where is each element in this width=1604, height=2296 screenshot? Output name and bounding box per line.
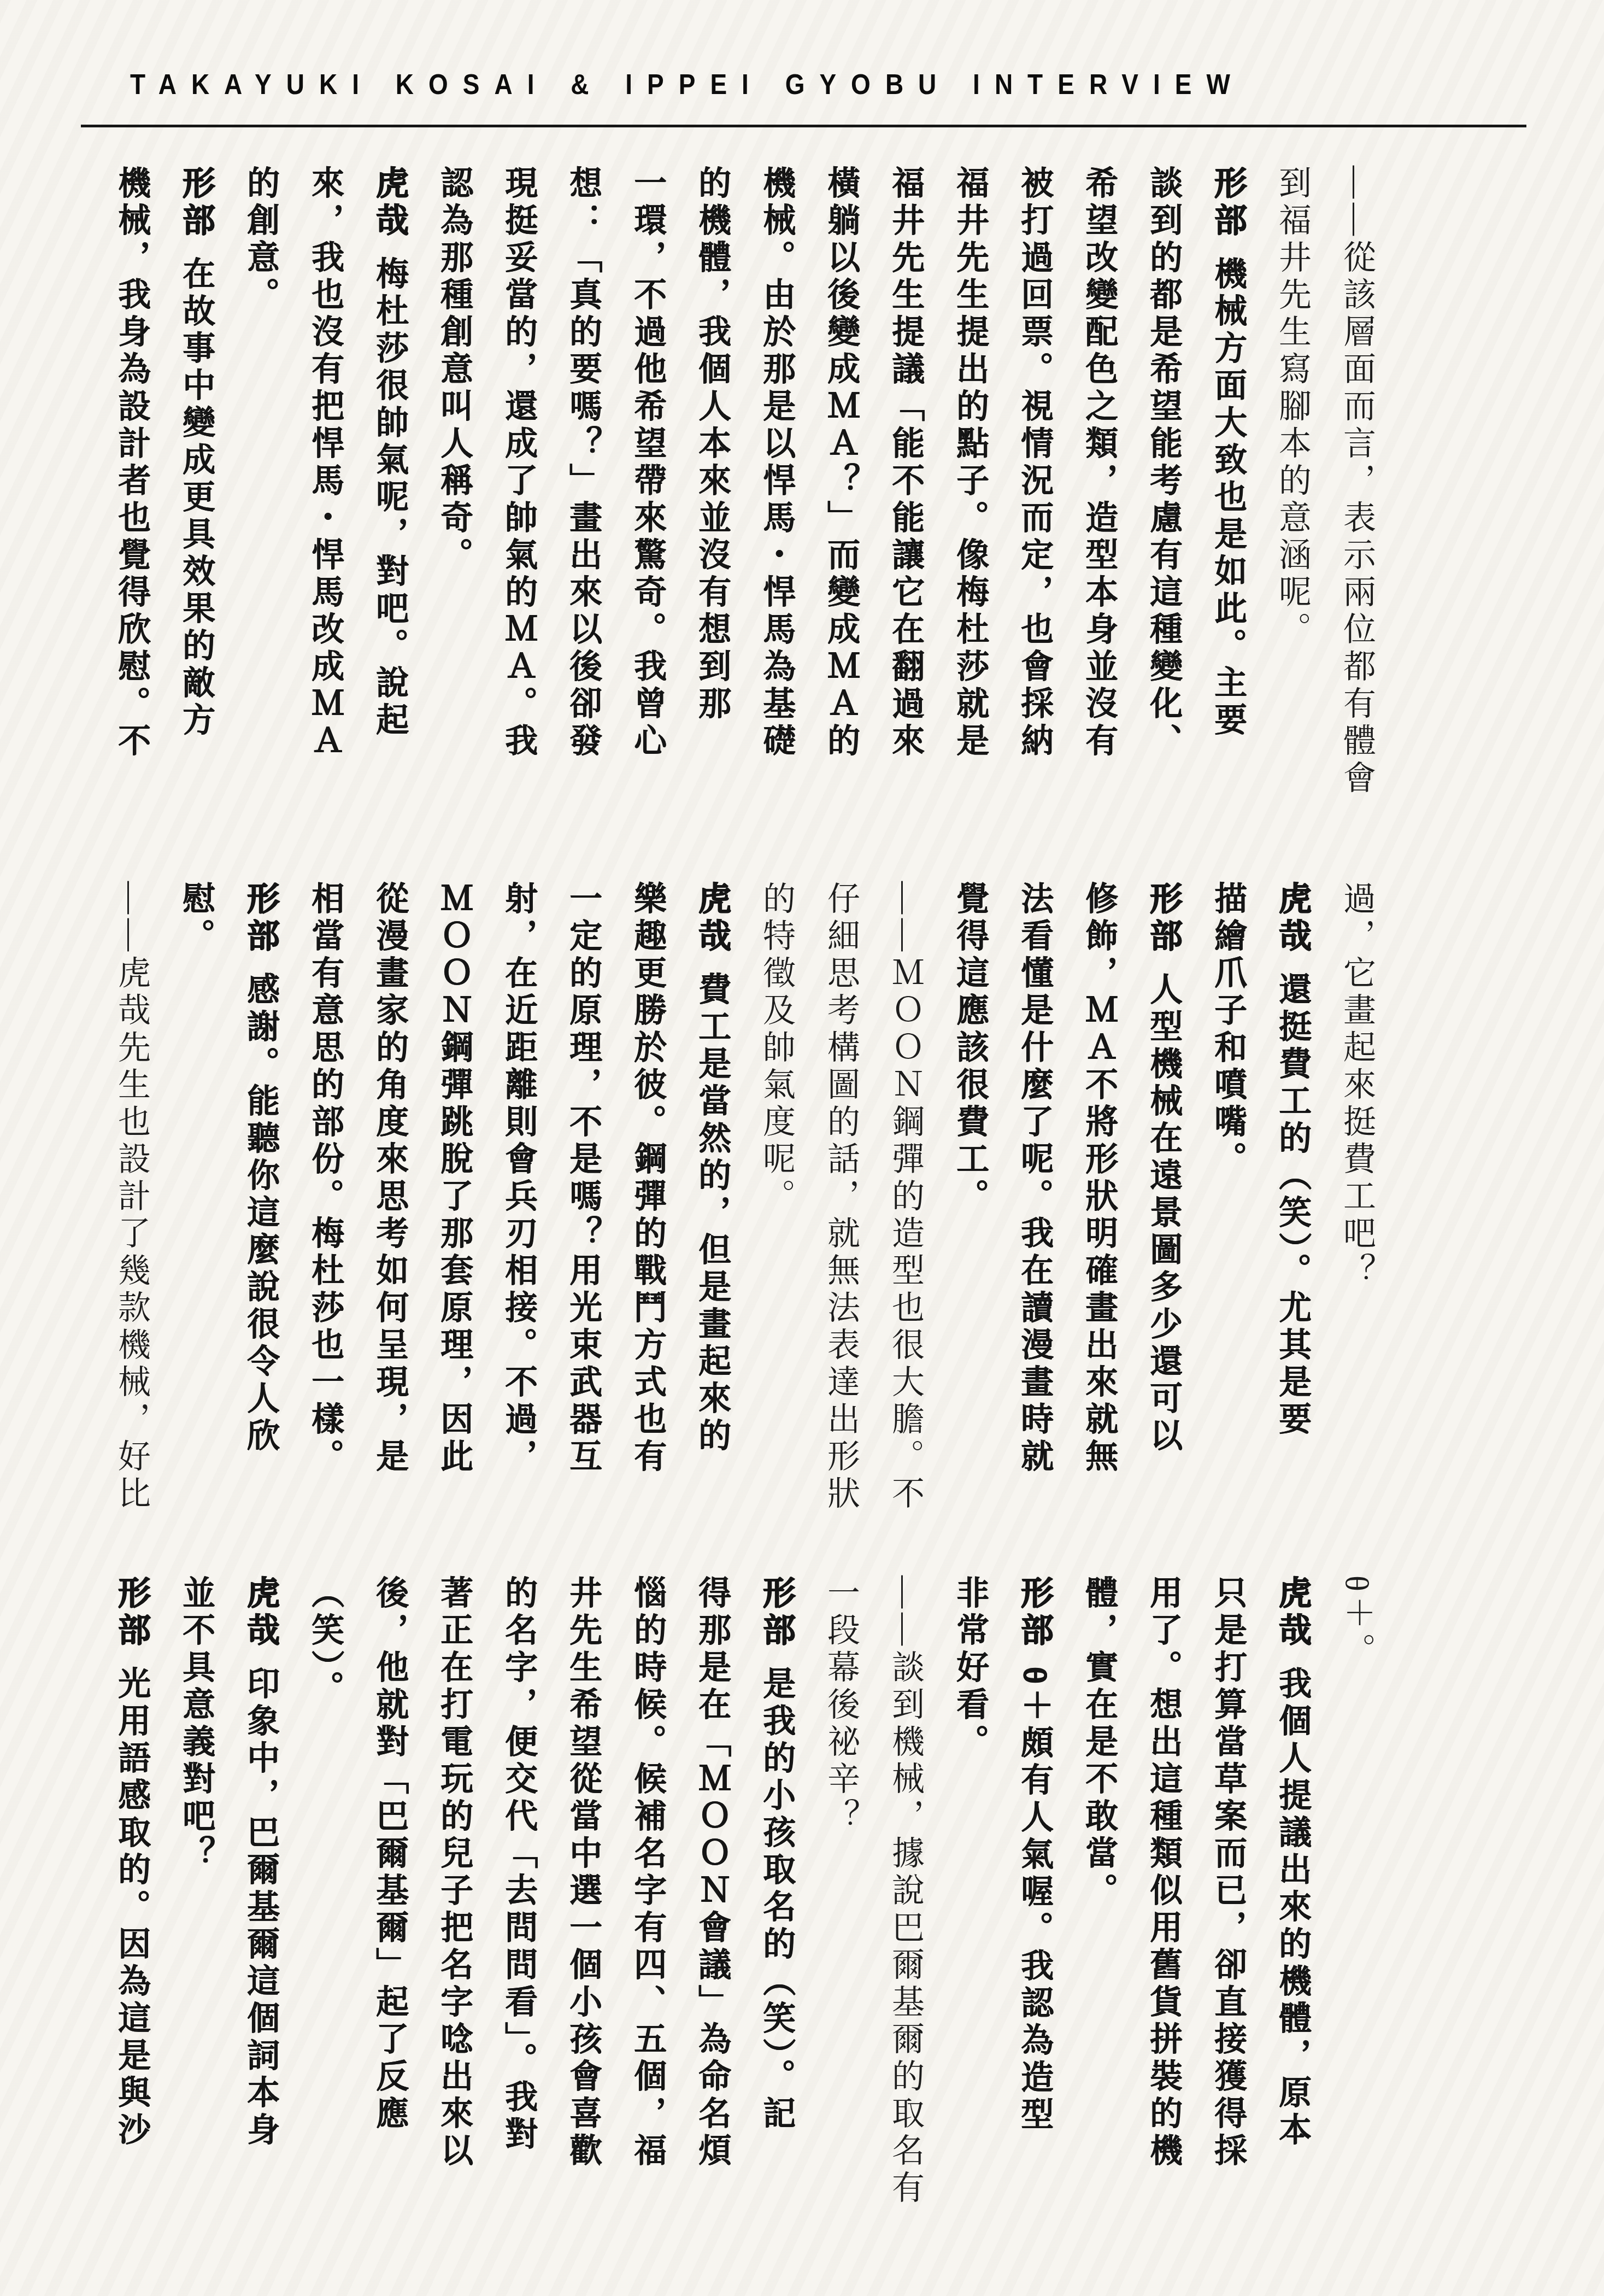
speaker-label: 形部	[178, 166, 215, 240]
answer-text-column: （笑）。	[308, 1575, 343, 2226]
answer-text-column: 得那是在「ＭＯＯＮ會議」為命名煩	[695, 1575, 730, 2226]
interviewer-text-column: ——虎哉先生也設計了幾款機械，好比	[114, 881, 149, 1532]
answer-text-column: 的機體，我個人本來並沒有想到那	[695, 166, 730, 816]
answer-text-column: 形部光用語感取的。因為這是與沙	[114, 1575, 149, 2226]
answer-text-column: 描繪爪子和噴嘴。	[1211, 881, 1245, 1532]
speaker-label: 形部	[759, 1575, 795, 1650]
column-text: 惱的時候。候補名字有四、五個，福	[630, 1575, 666, 2170]
column-text: 仔細思考構圖的話，就無法表達出形狀	[823, 881, 859, 1513]
column-text: ——談到機械，據說巴爾基爾的取名有	[888, 1575, 924, 2207]
answer-text-column: 形部θ＋頗有人氣喔。我認為造型	[1017, 1575, 1052, 2226]
column-text: 談到的都是希望能考慮有這種變化、	[1145, 166, 1182, 760]
answer-text-column: 形部在故事中變成更具效果的敵方	[179, 166, 214, 816]
column-text: ＭＯＯＮ鋼彈跳脫了那套原理，因此	[436, 881, 473, 1476]
answer-text-column: 惱的時候。候補名字有四、五個，福	[630, 1575, 665, 2226]
speaker-label: 虎哉	[243, 1575, 279, 1650]
answer-text-column: 並不具意義對吧？	[179, 1575, 214, 2226]
interview-section-top: ——從該層面而言，表示兩位都有體會到福井先生寫腳本的意涵呢。形部機械方面大致也是…	[85, 166, 1374, 816]
interviewer-text-column: 仔細思考構圖的話，就無法表達出形狀	[824, 881, 859, 1532]
answer-text-column: 相當有意思的部份。梅杜莎也一樣。	[308, 881, 343, 1532]
answer-text-column: 井先生希望從當中選一個小孩會喜歡	[566, 1575, 601, 2226]
answer-text-column: 想：「真的要嗎？」畫出來以後卻發	[566, 166, 601, 816]
speaker-label: 虎哉	[1274, 1575, 1311, 1650]
interviewer-text-column: 一段幕後祕辛？	[824, 1575, 859, 2226]
column-text: 井先生希望從當中選一個小孩會喜歡	[565, 1575, 602, 2170]
column-text: 還挺費工的（笑）。尤其是要	[1274, 972, 1311, 1439]
column-text: 的創意。	[243, 166, 279, 314]
answer-text-column: 現挺妥當的，還成了帥氣的ＭＡ。我	[501, 166, 536, 816]
column-text: 一段幕後祕辛？	[823, 1575, 859, 1836]
interview-section-bottom: θ＋。虎哉我個人提議出來的機體，原本只是打算當草案而已，卻直接獲得採用了。想出這…	[85, 1575, 1374, 2226]
column-text: 樂趣更勝於彼。鋼彈的戰鬥方式也有	[630, 881, 666, 1476]
speaker-label: 形部	[114, 1575, 150, 1650]
column-text: ——虎哉先生也設計了幾款機械，好比	[114, 881, 150, 1513]
speaker-label: 虎哉	[1274, 881, 1311, 956]
column-text: ——ＭＯＯＮ鋼彈的造型也很大膽。不	[888, 881, 924, 1513]
column-text: 體，實在是不敢當。	[1081, 1575, 1118, 1910]
answer-text-column: 虎哉費工是當然的，但是畫起來的	[695, 881, 730, 1532]
column-text: 覺得這應該很費工。	[952, 881, 989, 1216]
speaker-label: 虎哉	[372, 166, 408, 240]
column-text: 感謝。能聽你這麼說很令人欣	[243, 972, 279, 1455]
column-text: 機械。由於那是以悍馬・悍馬為基礎	[759, 166, 795, 760]
answer-text-column: ＭＯＯＮ鋼彈跳脫了那套原理，因此	[437, 881, 472, 1532]
column-text: 的特徵及帥氣度呢。	[759, 881, 795, 1216]
column-text: 相當有意思的部份。梅杜莎也一樣。	[307, 881, 344, 1476]
answer-text-column: 射，在近距離則會兵刃相接。不過，	[501, 881, 536, 1532]
column-text: θ＋頗有人氣喔。我認為造型	[1017, 1666, 1053, 2134]
answer-text-column: 法看懂是什麼了呢。我在讀漫畫時就	[1017, 881, 1052, 1532]
answer-text-column: 只是打算當草案而已，卻直接獲得採	[1211, 1575, 1245, 2226]
column-text: 被打過回票。視情況而定，也會採納	[1017, 166, 1053, 760]
answer-text-column: 的創意。	[243, 166, 278, 816]
column-text: 的機體，我個人本來並沒有想到那	[694, 166, 731, 723]
answer-text-column: 橫躺以後變成ＭＡ？」而變成ＭＡ的	[824, 166, 859, 816]
column-text: 認為那種創意叫人稱奇。	[436, 166, 473, 575]
column-text: 現挺妥當的，還成了帥氣的ＭＡ。我	[501, 166, 537, 760]
answer-text-column: 機械。由於那是以悍馬・悍馬為基礎	[759, 166, 794, 816]
column-text: 一環，不過他希望帶來驚奇。我曾心	[630, 166, 666, 760]
column-text: 法看懂是什麼了呢。我在讀漫畫時就	[1017, 881, 1053, 1476]
answer-text-column: 希望改變配色之類，造型本身並沒有	[1082, 166, 1117, 816]
column-text: 非常好看。	[952, 1575, 989, 1761]
column-text: 只是打算當草案而已，卻直接獲得採	[1210, 1575, 1247, 2170]
column-text: 機械，我身為設計者也覺得欣慰。不	[114, 166, 150, 760]
column-text: 射，在近距離則會兵刃相接。不過，	[501, 881, 537, 1476]
interviewer-text-column: 到福井先生寫腳本的意涵呢。	[1275, 166, 1310, 816]
answer-text-column: 福井先生提出的點子。像梅杜莎就是	[953, 166, 988, 816]
speaker-label: 形部	[1210, 166, 1247, 240]
column-text: 著正在打電玩的兒子把名字唸出來以	[436, 1575, 473, 2170]
answer-text-column: 的名字，便交代「去問問看」。我對	[501, 1575, 536, 2226]
speaker-label: 虎哉	[694, 881, 731, 956]
speaker-label: 形部	[243, 881, 279, 956]
answer-text-column: 談到的都是希望能考慮有這種變化、	[1146, 166, 1181, 816]
speaker-label: 形部	[1145, 881, 1182, 956]
answer-text-column: 被打過回票。視情況而定，也會採納	[1017, 166, 1052, 816]
column-text: 並不具意義對吧？	[178, 1575, 215, 1873]
answer-text-column: 認為那種創意叫人稱奇。	[437, 166, 472, 816]
answer-text-column: 虎哉印象中，巴爾基爾這個詞本身	[243, 1575, 278, 2226]
column-text: 我個人提議出來的機體，原本	[1274, 1666, 1311, 2149]
column-text: 光用語感取的。因為這是與沙	[114, 1666, 150, 2149]
interview-section-middle: 過，它畫起來挺費工吧？虎哉還挺費工的（笑）。尤其是要描繪爪子和噴嘴。形部人型機械…	[85, 881, 1374, 1532]
answer-text-column: 形部人型機械在遠景圖多少還可以	[1146, 881, 1181, 1532]
column-text: 想：「真的要嗎？」畫出來以後卻發	[565, 166, 602, 760]
interviewer-text-column: 過，它畫起來挺費工吧？	[1339, 881, 1374, 1532]
interviewer-text-column: ——ＭＯＯＮ鋼彈的造型也很大膽。不	[888, 881, 923, 1532]
answer-text-column: 來，我也沒有把悍馬・悍馬改成ＭＡ	[308, 166, 343, 816]
column-text: 希望改變配色之類，造型本身並沒有	[1081, 166, 1118, 760]
column-text: 福井先生提議「能不能讓它在翻過來	[888, 166, 924, 760]
answer-text-column: 覺得這應該很費工。	[953, 881, 988, 1532]
answer-text-column: 用了。想出這種類似用舊貨拼裝的機	[1146, 1575, 1181, 2226]
column-text: 機械方面大致也是如此。主要	[1210, 256, 1247, 740]
header-divider	[81, 125, 1526, 127]
interviewer-text-column: 的特徵及帥氣度呢。	[759, 881, 794, 1532]
column-text: 在故事中變成更具效果的敵方	[178, 256, 215, 740]
answer-text-column: 後，他就對「巴爾基爾」起了反應	[372, 1575, 407, 2226]
column-text: 描繪爪子和噴嘴。	[1210, 881, 1247, 1179]
answer-text-column: 虎哉梅杜莎很帥氣呢，對吧。說起	[372, 166, 407, 816]
answer-text-column: 樂趣更勝於彼。鋼彈的戰鬥方式也有	[630, 881, 665, 1532]
answer-text-column: 機械，我身為設計者也覺得欣慰。不	[114, 166, 149, 816]
answer-text-column: 虎哉我個人提議出來的機體，原本	[1275, 1575, 1310, 2226]
column-text: 修飾，ＭＡ不將形狀明確畫出來就無	[1081, 881, 1118, 1476]
page-title: TAKAYUKI KOSAI & IPPEI GYOBU INTERVIEW	[130, 70, 1245, 98]
column-text: 後，他就對「巴爾基爾」起了反應	[372, 1575, 408, 2133]
column-text: 是我的小孩取名的（笑）。記	[759, 1666, 795, 2133]
answer-text-column: 福井先生提議「能不能讓它在翻過來	[888, 166, 923, 816]
column-text: 福井先生提出的點子。像梅杜莎就是	[952, 166, 989, 760]
column-text: 從漫畫家的角度來思考如何呈現，是	[372, 881, 408, 1476]
answer-text-column: 著正在打電玩的兒子把名字唸出來以	[437, 1575, 472, 2226]
column-text: 印象中，巴爾基爾這個詞本身	[243, 1666, 279, 2149]
column-text: 慰。	[178, 881, 215, 956]
speaker-label: 形部	[1017, 1575, 1053, 1650]
column-text: 梅杜莎很帥氣呢，對吧。說起	[372, 256, 408, 740]
answer-text-column: 體，實在是不敢當。	[1082, 1575, 1117, 2226]
answer-text-column: 形部是我的小孩取名的（笑）。記	[759, 1575, 794, 2226]
answer-text-column: 虎哉還挺費工的（笑）。尤其是要	[1275, 881, 1310, 1532]
column-text: 的名字，便交代「去問問看」。我對	[501, 1575, 537, 2154]
answer-text-column: 形部機械方面大致也是如此。主要	[1211, 166, 1245, 816]
interviewer-text-column: ——談到機械，據說巴爾基爾的取名有	[888, 1575, 923, 2226]
column-text: 得那是在「ＭＯＯＮ會議」為命名煩	[694, 1575, 731, 2170]
column-text: 過，它畫起來挺費工吧？	[1339, 881, 1375, 1290]
column-text: θ＋。	[1339, 1575, 1375, 1670]
answer-text-column: 形部感謝。能聽你這麼說很令人欣	[243, 881, 278, 1532]
scanned-interview-page: TAKAYUKI KOSAI & IPPEI GYOBU INTERVIEW —…	[0, 0, 1604, 2296]
column-text: 來，我也沒有把悍馬・悍馬改成ＭＡ	[307, 166, 344, 760]
answer-text-column: 非常好看。	[953, 1575, 988, 2226]
interviewer-text-column: θ＋。	[1339, 1575, 1374, 2226]
column-text: （笑）。	[307, 1575, 344, 1708]
answer-text-column: 從漫畫家的角度來思考如何呈現，是	[372, 881, 407, 1532]
column-text: 一定的原理，不是嗎？用光束武器互	[565, 881, 602, 1476]
answer-text-column: 修飾，ＭＡ不將形狀明確畫出來就無	[1082, 881, 1117, 1532]
column-text: 費工是當然的，但是畫起來的	[694, 972, 731, 1455]
column-text: ——從該層面而言，表示兩位都有體會	[1339, 166, 1375, 798]
interviewer-text-column: ——從該層面而言，表示兩位都有體會	[1339, 166, 1374, 816]
column-text: 用了。想出這種類似用舊貨拼裝的機	[1145, 1575, 1182, 2170]
column-text: 人型機械在遠景圖多少還可以	[1145, 972, 1182, 1455]
answer-text-column: 慰。	[179, 881, 214, 1532]
column-text: 橫躺以後變成ＭＡ？」而變成ＭＡ的	[823, 166, 860, 760]
answer-text-column: 一環，不過他希望帶來驚奇。我曾心	[630, 166, 665, 816]
answer-text-column: 一定的原理，不是嗎？用光束武器互	[566, 881, 601, 1532]
column-text: 到福井先生寫腳本的意涵呢。	[1274, 166, 1311, 649]
